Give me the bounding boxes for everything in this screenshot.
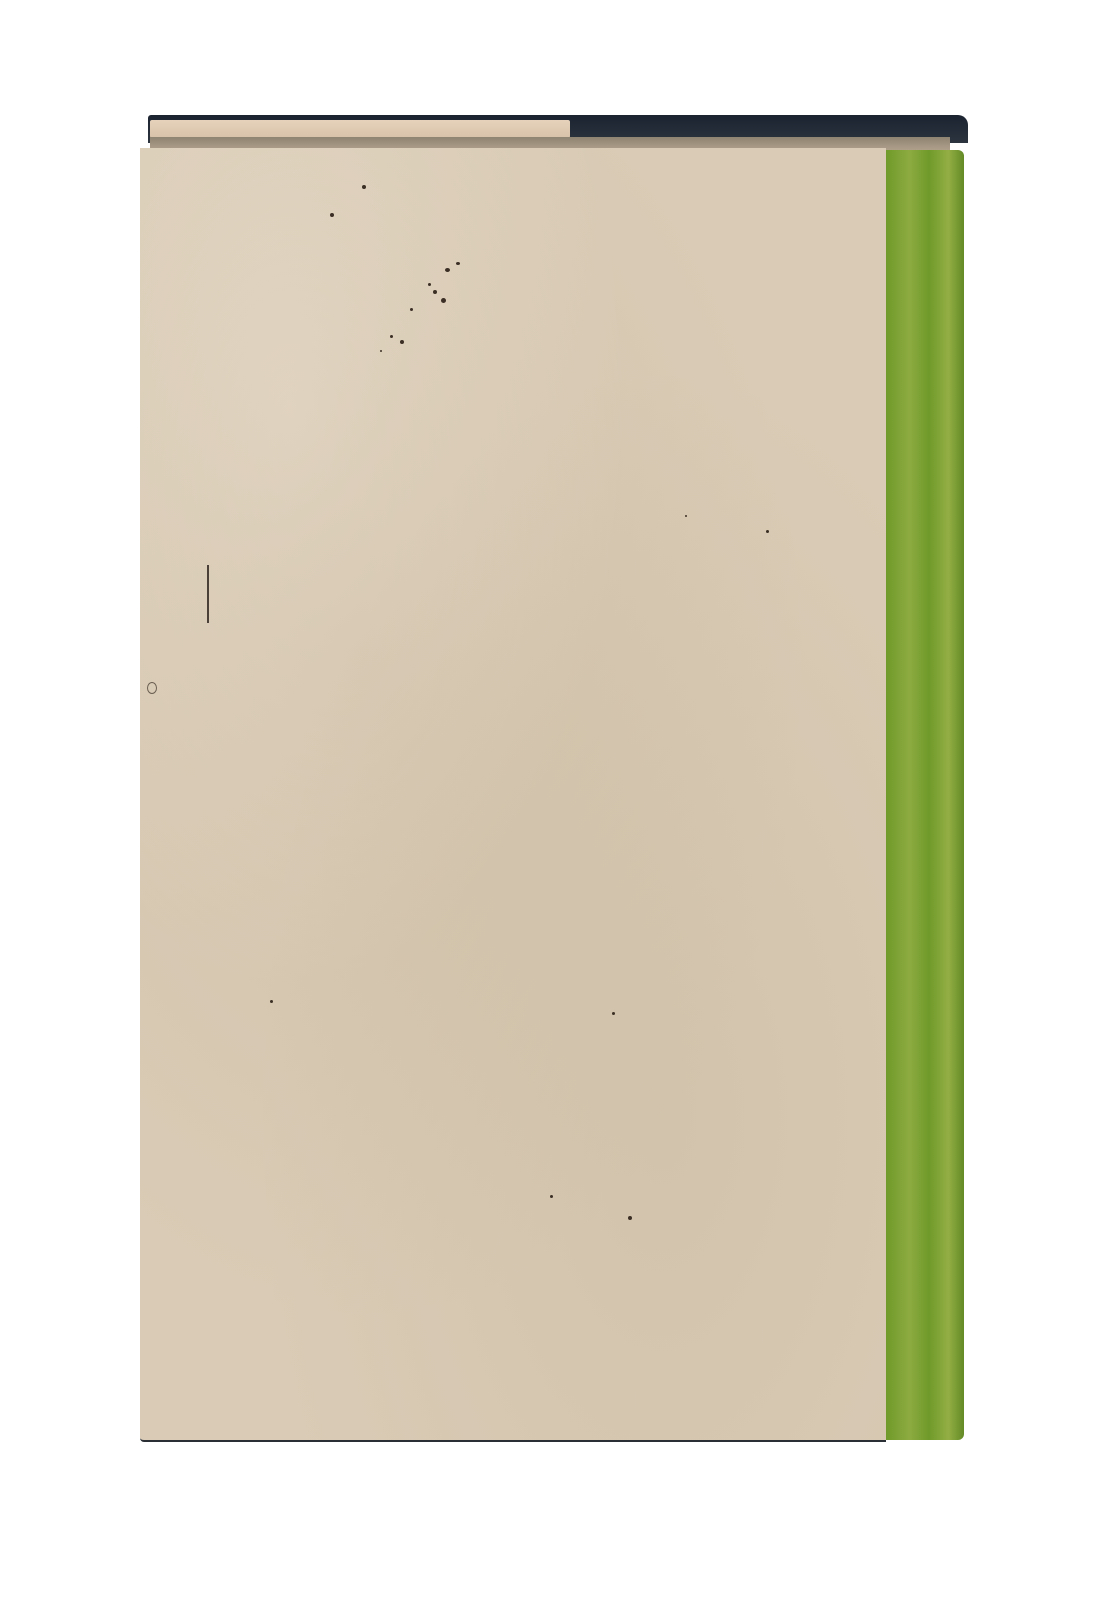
ring-mark <box>147 682 157 694</box>
stain-spot <box>441 298 446 303</box>
stain-spot <box>428 283 431 286</box>
stain-spot <box>433 290 437 294</box>
book-back-cover <box>0 0 1117 1600</box>
scuff-mark <box>207 565 209 623</box>
stain-spot <box>628 1216 632 1220</box>
stain-spot <box>685 515 687 517</box>
stain-spot <box>330 213 334 217</box>
stain-spot <box>456 262 460 265</box>
stain-spot <box>766 530 769 533</box>
stain-spot <box>390 335 393 338</box>
stain-spot <box>380 350 382 352</box>
dust-jacket-back-panel <box>140 148 886 1442</box>
page-block-top <box>150 120 570 138</box>
stain-spot <box>362 185 366 189</box>
stain-spot <box>270 1000 273 1003</box>
stain-spot <box>612 1012 615 1015</box>
stain-spot <box>550 1195 553 1198</box>
stain-spot <box>410 308 413 311</box>
green-spine-strip <box>886 150 964 1440</box>
stain-spot <box>445 268 450 272</box>
stain-spot <box>400 340 404 344</box>
